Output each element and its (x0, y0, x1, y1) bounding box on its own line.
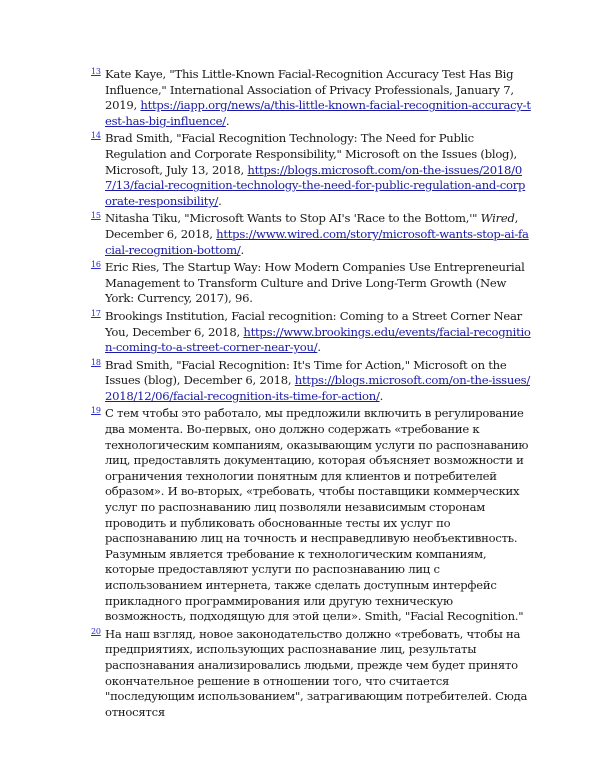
footnote-number-link[interactable]: 16 (91, 257, 101, 273)
footnote-16: 16Eric Ries, The Startup Way: How Modern… (91, 260, 531, 307)
footnote-number-link[interactable]: 14 (91, 128, 101, 144)
footnote-14: 14Brad Smith, "Facial Recognition Techno… (91, 131, 531, 209)
footnote-20: 20На наш взгляд, новое законодательство … (91, 627, 531, 721)
footnote-url-link[interactable]: https://iapp.org/news/a/this-little-know… (105, 98, 531, 128)
publication-title: Wired (481, 211, 515, 225)
footnote-trailing: . (241, 243, 244, 257)
footnote-trailing: . (226, 114, 229, 128)
footnote-number-link[interactable]: 19 (91, 403, 101, 419)
footnote-trailing: . (380, 389, 383, 403)
footnote-number-link[interactable]: 15 (91, 208, 101, 224)
footnote-19: 19С тем чтобы это работало, мы предложил… (91, 406, 531, 624)
footnote-15: 15Nitasha Tiku, "Microsoft Wants to Stop… (91, 211, 531, 258)
footnote-17: 17Brookings Institution, Facial recognit… (91, 309, 531, 356)
footnotes-page: 13Kate Kaye, "This Little-Known Facial-R… (91, 67, 531, 722)
footnote-number-link[interactable]: 20 (91, 624, 101, 640)
footnote-13: 13Kate Kaye, "This Little-Known Facial-R… (91, 67, 531, 129)
footnote-number-link[interactable]: 13 (91, 64, 101, 80)
footnote-text: Nitasha Tiku, "Microsoft Wants to Stop A… (105, 211, 481, 225)
footnote-text: С тем чтобы это работало, мы предложили … (105, 406, 528, 623)
footnote-trailing: . (218, 194, 221, 208)
footnote-number-link[interactable]: 18 (91, 355, 101, 371)
footnote-trailing: . (317, 340, 320, 354)
footnote-text: Eric Ries, The Startup Way: How Modern C… (105, 260, 525, 305)
footnote-text: На наш взгляд, новое законодательство до… (105, 627, 527, 719)
footnote-number-link[interactable]: 17 (91, 306, 101, 322)
footnote-18: 18Brad Smith, "Facial Recognition: It's … (91, 358, 531, 405)
